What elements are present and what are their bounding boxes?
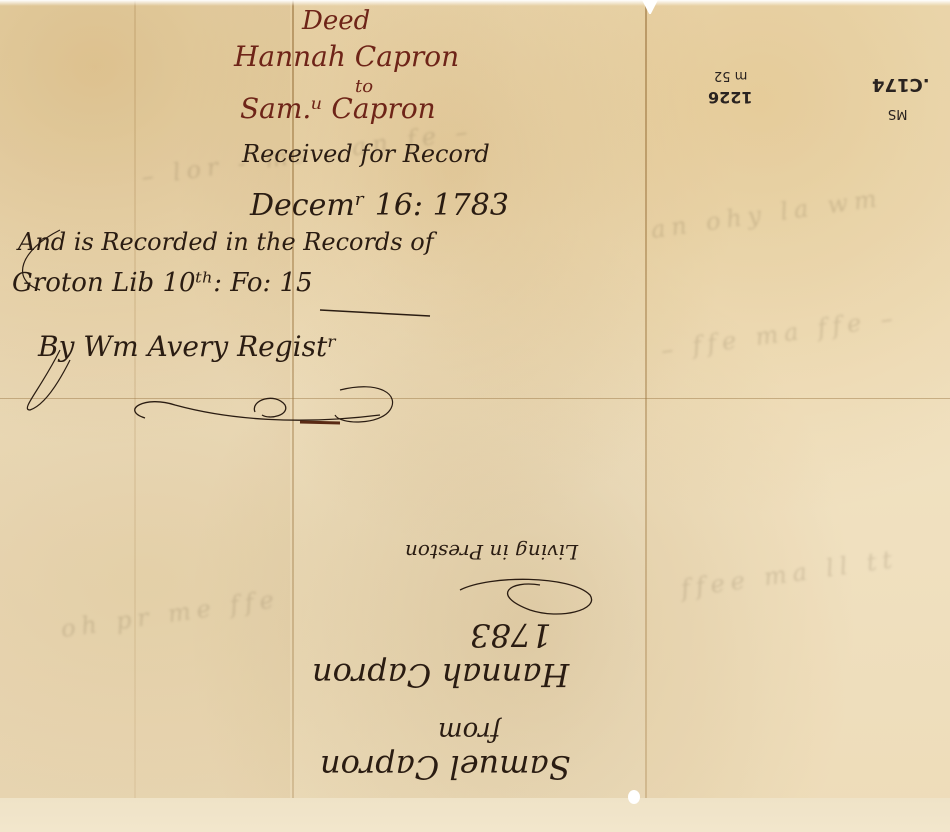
archive-mark: m 52 xyxy=(714,68,747,83)
paper-hole xyxy=(628,790,640,804)
pen-flourish xyxy=(0,220,480,440)
endorsement-grantee: Samuel Capron xyxy=(320,748,571,786)
received-date: Decemʳ 16: 1783 xyxy=(250,188,509,223)
archive-mark: 1226 xyxy=(708,88,753,107)
endorsement-year: 1783 xyxy=(470,616,551,654)
received-for-record: Received for Record xyxy=(242,140,490,168)
endorsement-from: from xyxy=(438,716,500,746)
docket-title: Deed xyxy=(302,6,370,36)
torn-top-edge xyxy=(0,0,950,6)
endorsement-residence: Living in Preston xyxy=(405,540,578,564)
docket-grantor: Hannah Capron xyxy=(234,40,459,73)
bottom-fold-strip xyxy=(0,798,950,832)
archive-mark: .C174 xyxy=(872,74,930,95)
docket-grantee: Sam.ᵘ Capron xyxy=(240,92,436,125)
endorsement-grantor: Hannah Capron xyxy=(312,656,569,694)
manuscript-sheet: – lor - ms , an fe – an ohy la wm – ffe … xyxy=(0,0,950,832)
archive-mark: MS xyxy=(888,106,907,121)
fold-line-vertical xyxy=(645,0,647,832)
